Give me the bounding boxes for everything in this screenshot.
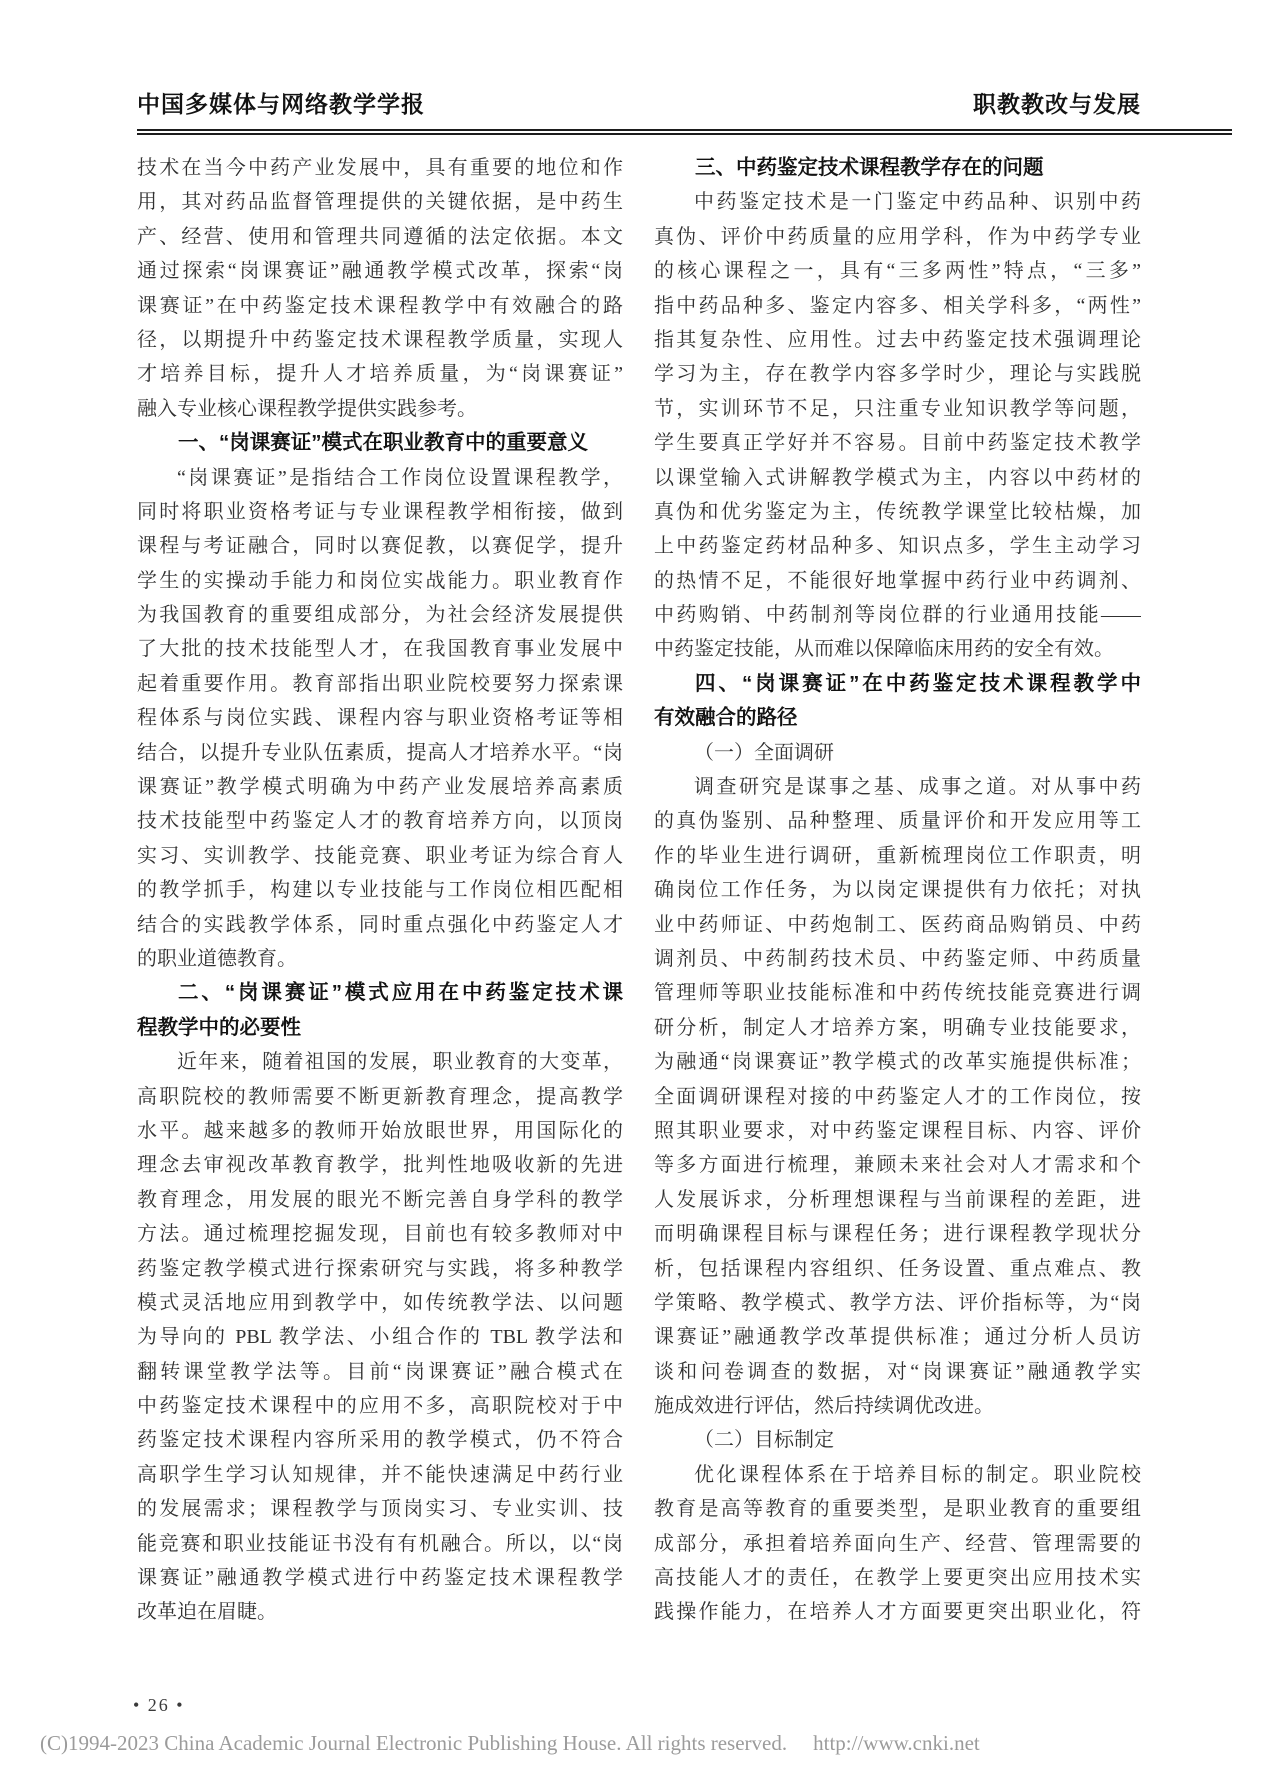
copyright-text: (C)1994-2023 China Academic Journal Elec… — [40, 1731, 787, 1756]
text-line: 的发展需求；课程教学与顶岗实习、专业实训、技 — [137, 1492, 623, 1526]
text-line: 高技能人才的责任，在教学上要更突出应用技术实 — [654, 1561, 1141, 1595]
text-line: 教育理念，用发展的眼光不断完善自身学科的教学 — [137, 1183, 623, 1217]
text-line: 一、“岗课赛证”模式在职业教育中的重要意义 — [137, 426, 623, 460]
text-line: 确岗位工作任务，为以岗定课提供有力依托；对执 — [654, 873, 1141, 907]
text-line: 以课堂输入式讲解教学模式为主，内容以中药材的 — [654, 461, 1141, 495]
text-line: 调剂员、中药制药技术员、中药鉴定师、中药质量 — [654, 942, 1141, 976]
text-line: 结合的实践教学体系，同时重点强化中药鉴定人才 — [137, 908, 623, 942]
text-line: 研分析，制定人才培养方案，明确专业技能要求， — [654, 1011, 1141, 1045]
text-line: 教育是高等教育的重要类型，是职业教育的重要组 — [654, 1492, 1141, 1526]
text-line: 业中药师证、中药炮制工、医药商品购销员、中药 — [654, 908, 1141, 942]
text-line: 的职业道德教育。 — [137, 942, 623, 976]
text-line: 真伪和优劣鉴定为主，传统教学课堂比较枯燥，加 — [654, 495, 1141, 529]
text-line: 管理师等职业技能标准和中药传统技能竞赛进行调 — [654, 976, 1141, 1010]
text-line: 指其复杂性、应用性。过去中药鉴定技术强调理论 — [654, 323, 1141, 357]
text-line: 课赛证”在中药鉴定技术课程教学中有效融合的路 — [137, 289, 623, 323]
text-line: 学习为主，存在教学内容多学时少，理论与实践脱 — [654, 357, 1141, 391]
text-line: 高职学生学习认知规律，并不能快速满足中药行业 — [137, 1458, 623, 1492]
text-line: 课程与考证融合，同时以赛促教，以赛促学，提升 — [137, 529, 623, 563]
text-line: 学生要真正学好并不容易。目前中药鉴定技术教学 — [654, 426, 1141, 460]
text-line: 析，包括课程内容组织、任务设置、重点难点、教 — [654, 1252, 1141, 1286]
text-line: 方法。通过梳理挖掘发现，目前也有较多教师对中 — [137, 1217, 623, 1251]
section-title: 职教教改与发展 — [973, 86, 1141, 119]
text-line: 践操作能力，在培养人才方面要更突出职业化，符 — [654, 1595, 1141, 1629]
text-line: 有效融合的路径 — [654, 701, 1141, 735]
text-line: 同时将职业资格考证与专业课程教学相衔接，做到 — [137, 495, 623, 529]
text-line: 理念去审视改革教育教学，批判性地吸收新的先进 — [137, 1148, 623, 1182]
text-line: 三、中药鉴定技术课程教学存在的问题 — [654, 151, 1141, 185]
text-line: 结合，以提升专业队伍素质，提高人才培养水平。“岗 — [137, 736, 623, 770]
text-line: 真伪、评价中药质量的应用学科，作为中药学专业 — [654, 220, 1141, 254]
text-line: 上中药鉴定药材品种多、知识点多，学生主动学习 — [654, 529, 1141, 563]
text-line: 的热情不足，不能很好地掌握中药行业中药调剂、 — [654, 564, 1141, 598]
text-line: 药鉴定技术课程内容所采用的教学模式，仍不符合 — [137, 1423, 623, 1457]
text-line: 程教学中的必要性 — [137, 1011, 623, 1045]
text-line: 技术在当今中药产业发展中，具有重要的地位和作 — [137, 151, 623, 185]
text-line: 照其职业要求，对中药鉴定课程目标、内容、评价 — [654, 1114, 1141, 1148]
text-line: 中药鉴定技术是一门鉴定中药品种、识别中药 — [654, 185, 1141, 219]
text-line: （一）全面调研 — [654, 736, 1141, 770]
page-number: • 26 • — [133, 1695, 185, 1716]
text-line: 课赛证”融通教学模式进行中药鉴定技术课程教学 — [137, 1561, 623, 1595]
text-line: 实习、实训教学、技能竞赛、职业考证为综合育人 — [137, 839, 623, 873]
text-line: 的教学抓手，构建以专业技能与工作岗位相匹配相 — [137, 873, 623, 907]
text-line: 课赛证”融通教学改革提供标准；通过分析人员访 — [654, 1320, 1141, 1354]
right-column: 三、中药鉴定技术课程教学存在的问题中药鉴定技术是一门鉴定中药品种、识别中药真伪、… — [654, 151, 1141, 1630]
text-line: 通过探索“岗课赛证”融通教学模式改革，探索“岗 — [137, 254, 623, 288]
text-line: （二）目标制定 — [654, 1423, 1141, 1457]
text-line: 程体系与岗位实践、课程内容与职业资格考证等相 — [137, 701, 623, 735]
text-line: 模式灵活地应用到教学中，如传统教学法、以问题 — [137, 1286, 623, 1320]
text-line: 调查研究是谋事之基、成事之道。对从事中药 — [654, 770, 1141, 804]
text-line: 四、“岗课赛证”在中药鉴定技术课程教学中 — [654, 667, 1141, 701]
text-line: 近年来，随着祖国的发展，职业教育的大变革， — [137, 1045, 623, 1079]
page: 中国多媒体与网络教学学报 职教教改与发展 技术在当今中药产业发展中，具有重要的地… — [0, 0, 1275, 1789]
text-line: 为我国教育的重要组成部分，为社会经济发展提供 — [137, 598, 623, 632]
text-line: 节，实训环节不足，只注重专业知识教学等问题， — [654, 392, 1141, 426]
text-line: 才培养目标，提升人才培养质量，为“岗课赛证” — [137, 357, 623, 391]
text-line: 学生的实操动手能力和岗位实战能力。职业教育作 — [137, 564, 623, 598]
text-line: 技术技能型中药鉴定人才的教育培养方向，以顶岗 — [137, 804, 623, 838]
text-line: 水平。越来越多的教师开始放眼世界，用国际化的 — [137, 1114, 623, 1148]
text-line: 起着重要作用。教育部指出职业院校要努力探索课 — [137, 667, 623, 701]
copyright-notice: (C)1994-2023 China Academic Journal Elec… — [40, 1731, 980, 1756]
text-line: 课赛证”教学模式明确为中药产业发展培养高素质 — [137, 770, 623, 804]
text-line: 了大批的技术技能型人才，在我国教育事业发展中 — [137, 632, 623, 666]
text-line: 中药鉴定技能，从而难以保障临床用药的安全有效。 — [654, 632, 1141, 666]
text-line: 的真伪鉴别、品种整理、质量评价和开发应用等工 — [654, 804, 1141, 838]
text-line: 的核心课程之一，具有“三多两性”特点，“三多” — [654, 254, 1141, 288]
text-line: 优化课程体系在于培养目标的制定。职业院校 — [654, 1458, 1141, 1492]
text-line: 全面调研课程对接的中药鉴定人才的工作岗位，按 — [654, 1080, 1141, 1114]
text-line: 施成效进行评估，然后持续调优改进。 — [654, 1389, 1141, 1423]
header-rule — [137, 129, 1232, 135]
text-line: 谈和问卷调查的数据，对“岗课赛证”融通教学实 — [654, 1355, 1141, 1389]
text-line: 而明确课程目标与课程任务；进行课程教学现状分 — [654, 1217, 1141, 1251]
text-line: 二、“岗课赛证”模式应用在中药鉴定技术课 — [137, 976, 623, 1010]
text-line: “岗课赛证”是指结合工作岗位设置课程教学， — [137, 461, 623, 495]
page-header: 中国多媒体与网络教学学报 职教教改与发展 — [137, 86, 1141, 119]
text-line: 中药鉴定技术课程中的应用不多，高职院校对于中 — [137, 1389, 623, 1423]
text-line: 人发展诉求，分析理想课程与当前课程的差距，进 — [654, 1183, 1141, 1217]
text-line: 改革迫在眉睫。 — [137, 1595, 623, 1629]
text-line: 用，其对药品监督管理提供的关键依据，是中药生 — [137, 185, 623, 219]
text-line: 指中药品种多、鉴定内容多、相关学科多，“两性” — [654, 289, 1141, 323]
text-line: 为导向的 PBL 教学法、小组合作的 TBL 教学法和 — [137, 1320, 623, 1354]
text-line: 作的毕业生进行调研，重新梳理岗位工作职责，明 — [654, 839, 1141, 873]
text-line: 能竞赛和职业技能证书没有有机融合。所以，以“岗 — [137, 1527, 623, 1561]
text-line: 融入专业核心课程教学提供实践参考。 — [137, 392, 623, 426]
text-line: 翻转课堂教学法等。目前“岗课赛证”融合模式在 — [137, 1355, 623, 1389]
text-line: 产、经营、使用和管理共同遵循的法定依据。本文 — [137, 220, 623, 254]
text-line: 为融通“岗课赛证”教学模式的改革实施提供标准； — [654, 1045, 1141, 1079]
text-line: 成部分，承担着培养面向生产、经营、管理需要的 — [654, 1527, 1141, 1561]
text-line: 径，以期提升中药鉴定技术课程教学质量，实现人 — [137, 323, 623, 357]
journal-title: 中国多媒体与网络教学学报 — [137, 86, 425, 119]
text-line: 药鉴定教学模式进行探索研究与实践，将多种教学 — [137, 1252, 623, 1286]
left-column: 技术在当今中药产业发展中，具有重要的地位和作用，其对药品监督管理提供的关键依据，… — [137, 151, 623, 1630]
text-line: 学策略、教学模式、教学方法、评价指标等，为“岗 — [654, 1286, 1141, 1320]
text-line: 高职院校的教师需要不断更新教育理念，提高教学 — [137, 1080, 623, 1114]
text-line: 中药购销、中药制剂等岗位群的行业通用技能—— — [654, 598, 1141, 632]
text-line: 等多方面进行梳理，兼顾未来社会对人才需求和个 — [654, 1148, 1141, 1182]
cnki-url: http://www.cnki.net — [813, 1731, 980, 1756]
